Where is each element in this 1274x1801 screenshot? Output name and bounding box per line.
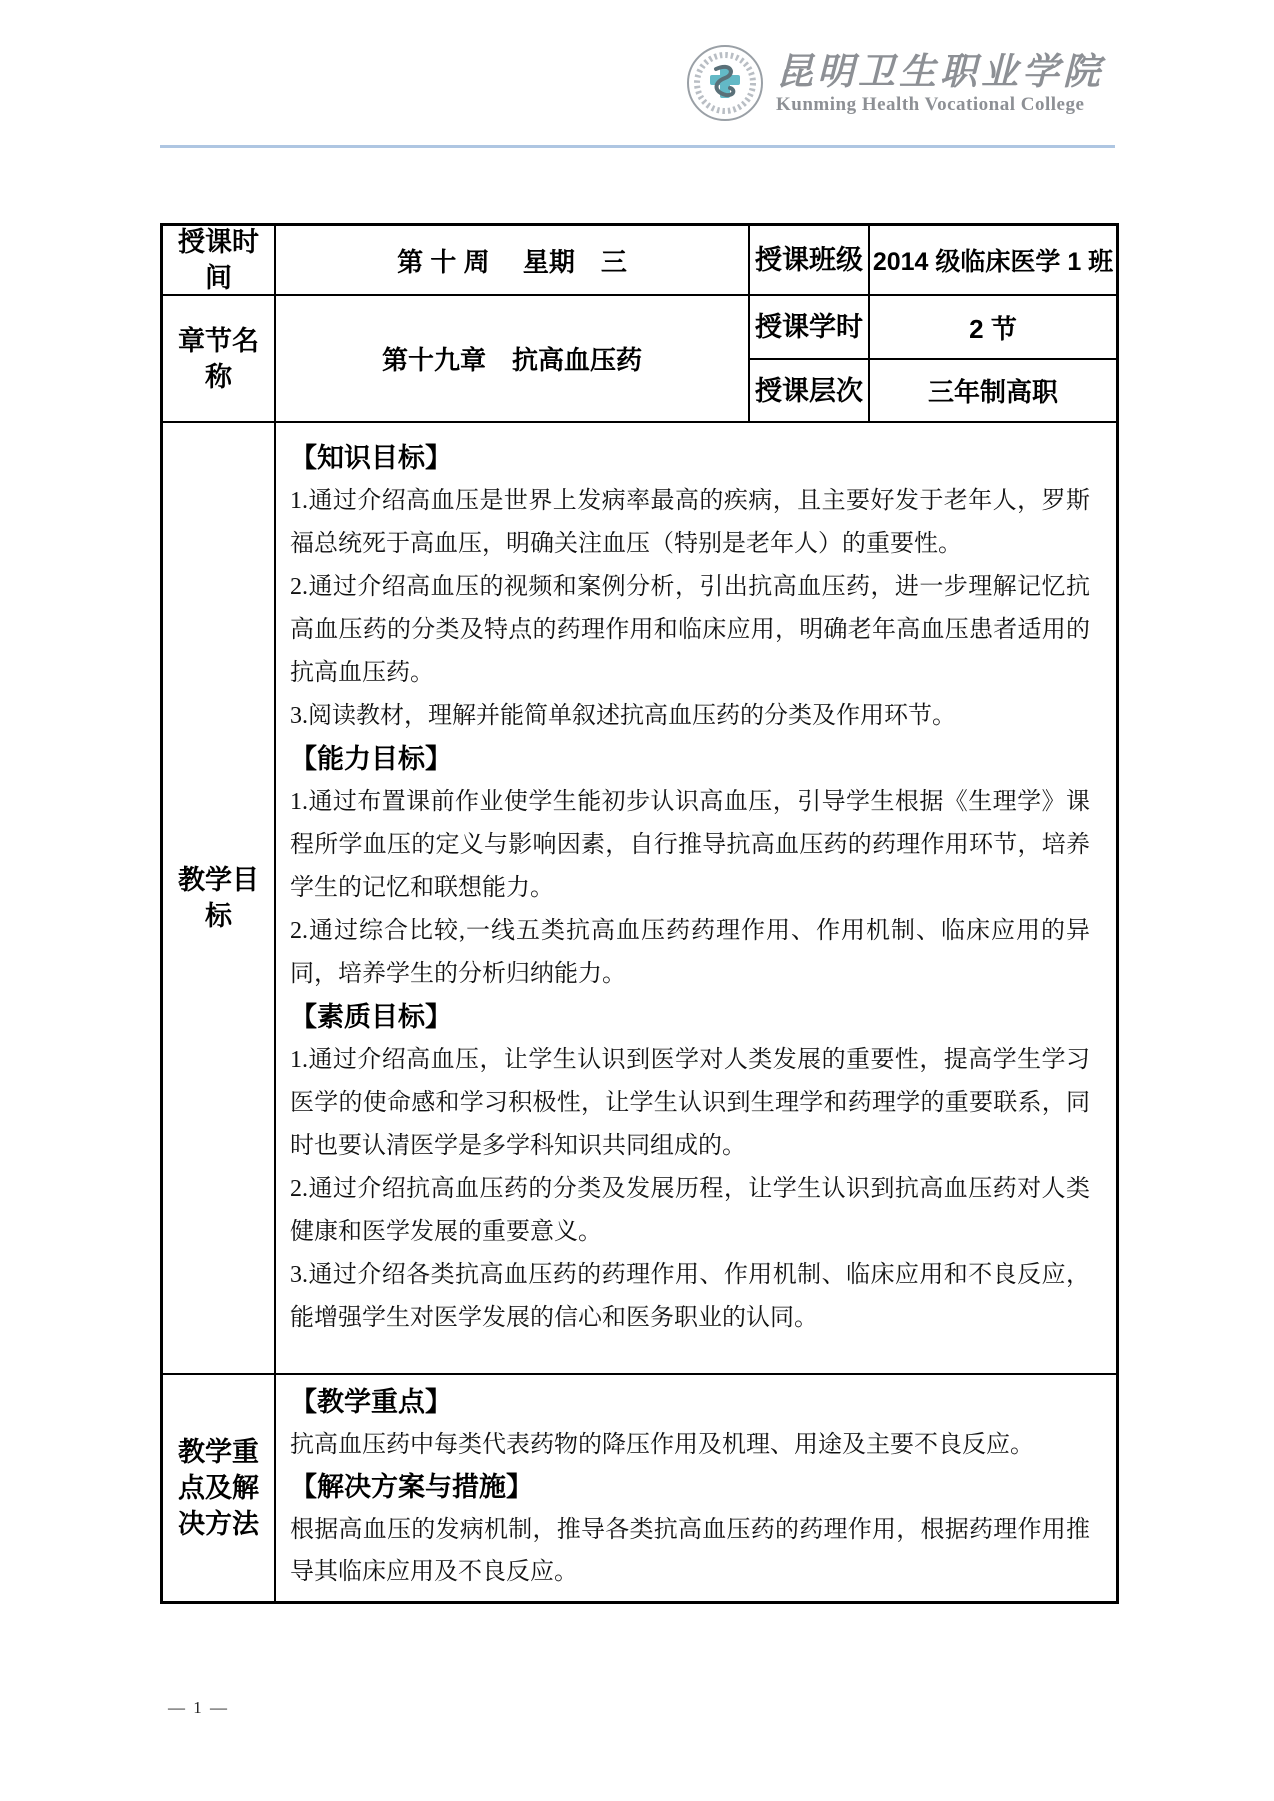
- class-hours-label: 授课学时: [750, 296, 870, 360]
- knowledge-objectives-heading: 【知识目标】: [290, 437, 1090, 480]
- document-page: 昆明卫生职业学院 Kunming Health Vocational Colle…: [0, 0, 1274, 1801]
- quality-objective-item: 3.通过介绍各类抗高血压药的药理作用、作用机制、临床应用和不良反应，能增强学生对…: [290, 1254, 1090, 1340]
- class-hours-value: 2 节: [870, 296, 1116, 360]
- teaching-objectives-label: 教学目标: [163, 423, 276, 1375]
- class-time-label: 授课时间: [163, 226, 276, 296]
- page-number: — 1 —: [168, 1698, 229, 1718]
- teaching-focus-heading: 【教学重点】: [290, 1381, 1090, 1424]
- solution-measures-heading: 【解决方案与措施】: [290, 1466, 1090, 1509]
- quality-objective-item: 2.通过介绍抗高血压药的分类及发展历程，让学生认识到抗高血压药对人类健康和医学发…: [290, 1168, 1090, 1254]
- quality-objectives-heading: 【素质目标】: [290, 996, 1090, 1039]
- lesson-plan-table: 授课时间 第 十 周 星期 三 授课班级 2014 级临床医学 1 班 章节名称…: [160, 223, 1119, 1604]
- chapter-name-value: 第十九章 抗高血压药: [276, 296, 750, 423]
- class-group-label: 授课班级: [750, 226, 870, 296]
- teaching-objectives-content: 【知识目标】 1.通过介绍高血压是世界上发病率最高的疾病，且主要好发于老年人，罗…: [276, 423, 1116, 1375]
- college-name-zh: 昆明卫生职业学院: [776, 49, 1104, 93]
- college-name-en: Kunming Health Vocational College: [776, 93, 1104, 117]
- knowledge-objective-item: 1.通过介绍高血压是世界上发病率最高的疾病，且主要好发于老年人，罗斯福总统死于高…: [290, 480, 1090, 566]
- quality-objective-item: 1.通过介绍高血压，让学生认识到医学对人类发展的重要性，提高学生学习医学的使命感…: [290, 1039, 1090, 1168]
- ability-objective-item: 2.通过综合比较,一线五类抗高血压药药理作用、作用机制、临床应用的异同，培养学生…: [290, 910, 1090, 996]
- solution-measures-item: 根据高血压的发病机制，推导各类抗高血压药的药理作用，根据药理作用推导其临床应用及…: [290, 1509, 1090, 1593]
- class-level-value: 三年制高职: [870, 360, 1116, 423]
- college-logo: 昆明卫生职业学院 Kunming Health Vocational Colle…: [686, 44, 1104, 122]
- college-emblem-icon: [686, 44, 764, 122]
- teaching-focus-item: 抗高血压药中每类代表药物的降压作用及机理、用途及主要不良反应。: [290, 1424, 1090, 1466]
- class-group-value: 2014 级临床医学 1 班: [870, 226, 1116, 296]
- chapter-name-label: 章节名称: [163, 296, 276, 423]
- knowledge-objective-item: 3.阅读教材，理解并能简单叙述抗高血压药的分类及作用环节。: [290, 695, 1090, 738]
- ability-objective-item: 1.通过布置课前作业使学生能初步认识高血压，引导学生根据《生理学》课程所学血压的…: [290, 781, 1090, 910]
- header-divider: [160, 145, 1115, 148]
- teaching-focus-label: 教学重点及解决方法: [163, 1375, 276, 1601]
- knowledge-objective-item: 2.通过介绍高血压的视频和案例分析，引出抗高血压药，进一步理解记忆抗高血压药的分…: [290, 566, 1090, 695]
- class-level-label: 授课层次: [750, 360, 870, 423]
- teaching-focus-content: 【教学重点】 抗高血压药中每类代表药物的降压作用及机理、用途及主要不良反应。 【…: [276, 1375, 1116, 1601]
- college-name-block: 昆明卫生职业学院 Kunming Health Vocational Colle…: [776, 49, 1104, 117]
- ability-objectives-heading: 【能力目标】: [290, 738, 1090, 781]
- class-time-value: 第 十 周 星期 三: [276, 226, 750, 296]
